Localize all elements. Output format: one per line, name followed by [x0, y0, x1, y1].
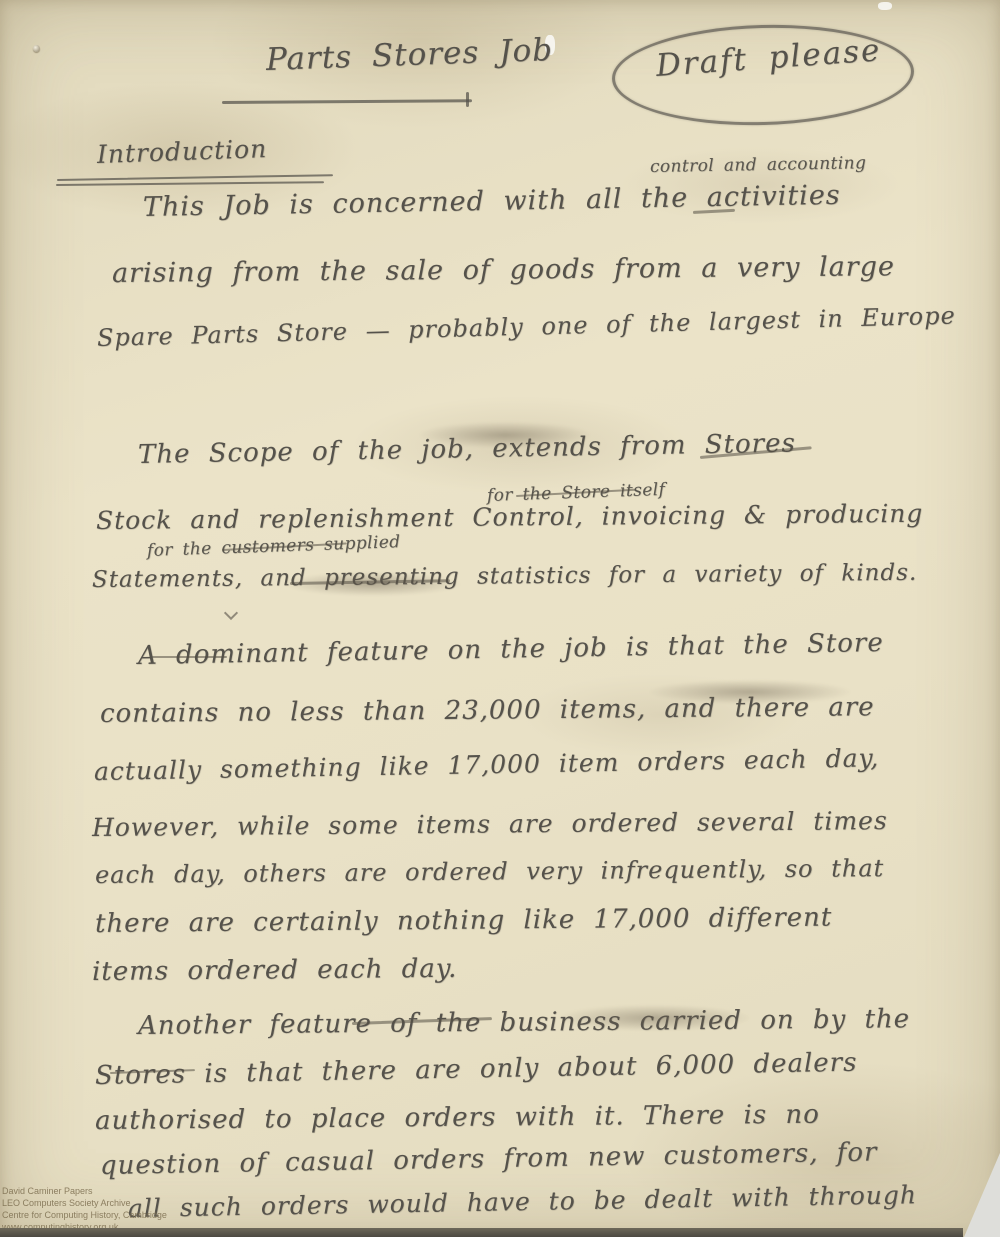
archive-watermark: David Caminer Papers LEO Computers Socie…: [2, 1185, 167, 1233]
strikethrough-mark: [152, 656, 227, 658]
paper-hole: [33, 45, 40, 52]
title-underline-tick: [466, 92, 469, 107]
watermark-line: Centre for Computing History, Cambridge: [2, 1209, 167, 1221]
erasure-smudge: [420, 422, 590, 448]
watermark-line: LEO Computers Society Archive: [2, 1197, 167, 1209]
erasure-smudge: [650, 680, 850, 704]
erasure-smudge: [560, 1005, 750, 1031]
watermark-line: David Caminer Papers: [2, 1185, 167, 1197]
scan-edge-shadow: [0, 1228, 963, 1237]
handwritten-line: items ordered each day.: [92, 954, 458, 987]
document-scan: Parts Stores Job Draft please Introducti…: [0, 0, 1000, 1237]
inserted-phrase: control and accounting: [650, 153, 867, 177]
section-heading: Introduction: [96, 134, 267, 169]
paper-chip: [878, 2, 892, 10]
handwritten-line: authorised to place orders with it. Ther…: [95, 1100, 820, 1136]
